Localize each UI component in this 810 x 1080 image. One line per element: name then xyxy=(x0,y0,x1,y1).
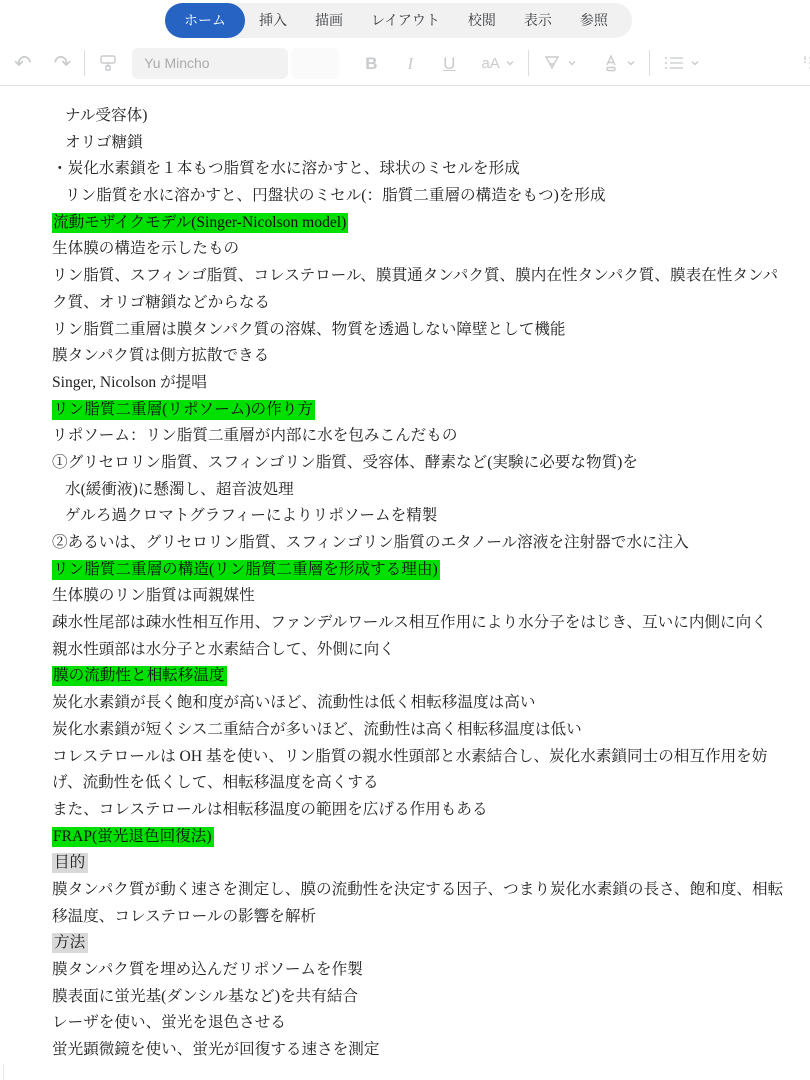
line-text: ・炭化水素鎖を１本もつ脂質を水に溶かすと、球状のミセルを形成 xyxy=(52,160,520,177)
toolbar-divider xyxy=(84,50,85,76)
tab-home[interactable]: ホーム xyxy=(165,3,245,38)
line-text: 疎水性尾部は疎水性相互作用、ファンデルワールス相互作用により水分子をはじき、互い… xyxy=(52,614,767,631)
line-text: オリゴ糖鎖 xyxy=(65,134,143,151)
highlighted-heading: 膜の流動性と相転移温度 xyxy=(52,666,227,686)
highlight-color-button[interactable] xyxy=(542,53,577,73)
document-line[interactable]: コレステロールは OH 基を使い、リン脂質の親水性頭部と水素結合し、炭化水素鎖同… xyxy=(52,744,796,771)
document-line[interactable]: Singer, Nicolson が提唱 xyxy=(52,370,796,397)
document-line[interactable]: 流動モザイクモデル(Singer-Nicolson model) xyxy=(52,210,796,237)
chevron-down-icon xyxy=(567,58,577,68)
document-line[interactable]: 膜タンパク質が動く速さを測定し、膜の流動性を決定する因子、つまり炭化水素鎖の長さ… xyxy=(52,877,796,904)
format-painter-icon xyxy=(98,53,118,73)
numbered-list-button[interactable] xyxy=(802,53,810,73)
font-size-field[interactable] xyxy=(291,48,339,79)
italic-button[interactable]: I xyxy=(408,55,414,72)
document-line[interactable]: リン脂質を水に溶かすと、円盤状のミセル(：脂質二重層の構造をもつ)を形成 xyxy=(52,183,796,210)
chevron-down-icon xyxy=(690,58,700,68)
line-text: ②あるいは、グリセロリン脂質、スフィンゴリン脂質のエタノール溶液を注射器で水に注… xyxy=(52,534,689,551)
tab-strip: ホーム挿入描画レイアウト校閲表示参照 xyxy=(165,3,632,38)
chevron-down-icon xyxy=(626,58,636,68)
highlighter-icon xyxy=(542,53,562,73)
document-line[interactable]: 移温度、コレステロールの影響を解析 xyxy=(52,904,796,931)
document-line[interactable]: 膜タンパク質を埋め込んだリポソームを作製 xyxy=(52,957,796,984)
document-line[interactable]: 方法 xyxy=(52,930,796,957)
document-line[interactable]: レーザを使い、蛍光を退色させる xyxy=(52,1010,796,1037)
text-size-button[interactable]: aA xyxy=(481,55,514,72)
line-text: 親水性頭部は水分子と水素結合して、外側に向く xyxy=(52,641,395,658)
line-text: ナル受容体) xyxy=(65,107,147,124)
document-line[interactable]: 生体膜の構造を示したもの xyxy=(52,236,796,263)
document-line[interactable]: オリゴ糖鎖 xyxy=(52,130,796,157)
line-text: ゲルろ過クロマトグラフィーによりリポソームを精製 xyxy=(65,507,437,524)
document-line[interactable]: リン脂質、スフィンゴ脂質、コレステロール、膜貫通タンパク質、膜内在性タンパク質、… xyxy=(52,263,796,290)
undo-button[interactable]: ↶ xyxy=(14,53,32,74)
line-text: Singer, Nicolson が提唱 xyxy=(52,374,207,391)
document-line[interactable]: リン脂質二重層(リポソーム)の作り方 xyxy=(52,397,796,424)
document-line[interactable]: 炭化水素鎖が短くシス二重結合が多いほど、流動性は高く相転移温度は低い xyxy=(52,717,796,744)
chevron-down-icon xyxy=(505,58,515,68)
line-text: 膜表面に蛍光基(ダンシル基など)を共有結合 xyxy=(52,988,358,1005)
line-text: リン脂質、スフィンゴ脂質、コレステロール、膜貫通タンパク質、膜内在性タンパク質、… xyxy=(52,267,778,284)
document-line[interactable]: FRAP(蛍光退色回復法) xyxy=(52,824,796,851)
tab-view[interactable]: 表示 xyxy=(510,3,566,38)
line-text: 水(緩衝液)に懸濁し、超音波処理 xyxy=(65,481,294,498)
font-color-button[interactable] xyxy=(601,53,636,73)
toolbar-divider xyxy=(528,50,529,76)
highlighted-heading: FRAP(蛍光退色回復法) xyxy=(52,827,214,847)
document-body[interactable]: ナル受容体)オリゴ糖鎖・炭化水素鎖を１本もつ脂質を水に溶かすと、球状のミセルを形… xyxy=(0,86,810,1064)
gray-highlighted-label: 方法 xyxy=(52,933,88,953)
document-line[interactable]: ・炭化水素鎖を１本もつ脂質を水に溶かすと、球状のミセルを形成 xyxy=(52,156,796,183)
document-line[interactable]: 生体膜のリン脂質は両親媒性 xyxy=(52,583,796,610)
line-text: 炭化水素鎖が短くシス二重結合が多いほど、流動性は高く相転移温度は低い xyxy=(52,721,582,738)
line-text: また、コレステロールは相転移温度の範囲を広げる作用もある xyxy=(52,801,488,818)
undo-icon: ↶ xyxy=(14,53,32,74)
document-line[interactable]: ク質、オリゴ糖鎖などからなる xyxy=(52,290,796,317)
document-line[interactable]: ナル受容体) xyxy=(52,103,796,130)
line-text: 膜タンパク質が動く速さを測定し、膜の流動性を決定する因子、つまり炭化水素鎖の長さ… xyxy=(52,881,783,898)
document-line[interactable]: 疎水性尾部は疎水性相互作用、ファンデルワールス相互作用により水分子をはじき、互い… xyxy=(52,610,796,637)
underline-button[interactable]: U xyxy=(443,55,455,72)
format-painter-button[interactable] xyxy=(98,53,118,73)
document-line[interactable]: リポソーム：リン脂質二重層が内部に水を包みこんだもの xyxy=(52,423,796,450)
line-text: リポソーム：リン脂質二重層が内部に水を包みこんだもの xyxy=(52,427,457,444)
line-text: リン脂質二重層は膜タンパク質の溶媒、物質を透過しない障壁として機能 xyxy=(52,321,566,338)
document-line[interactable]: 膜タンパク質は側方拡散できる xyxy=(52,343,796,370)
document-line[interactable]: 炭化水素鎖が長く飽和度が高いほど、流動性は低く相転移温度は高い xyxy=(52,690,796,717)
highlighted-heading: リン脂質二重層(リポソーム)の作り方 xyxy=(52,400,315,420)
document-line[interactable]: 蛍光顕微鏡を使い、蛍光が回復する速さを測定 xyxy=(52,1037,796,1064)
bullet-list-icon xyxy=(663,53,685,73)
line-text: げ、流動性を低くして、相転移温度を高くする xyxy=(52,774,379,791)
document-line[interactable]: げ、流動性を低くして、相転移温度を高くする xyxy=(52,770,796,797)
line-text: ①グリセロリン脂質、スフィンゴリン脂質、受容体、酵素など(実験に必要な物質)を xyxy=(52,454,638,471)
line-text: 膜タンパク質は側方拡散できる xyxy=(52,347,269,364)
line-text: レーザを使い、蛍光を退色させる xyxy=(52,1014,286,1031)
font-color-icon xyxy=(601,53,621,73)
document-line[interactable]: 膜の流動性と相転移温度 xyxy=(52,663,796,690)
tab-draw[interactable]: 描画 xyxy=(301,3,357,38)
redo-icon: ↷ xyxy=(54,53,72,74)
redo-button[interactable]: ↷ xyxy=(54,53,72,74)
document-line[interactable]: 親水性頭部は水分子と水素結合して、外側に向く xyxy=(52,637,796,664)
bold-button[interactable]: B xyxy=(365,55,377,72)
highlighted-heading: 流動モザイクモデル(Singer-Nicolson model) xyxy=(52,213,348,233)
gray-highlighted-label: 目的 xyxy=(52,853,88,873)
tab-layout[interactable]: レイアウト xyxy=(357,3,454,38)
line-text: リン脂質を水に溶かすと、円盤状のミセル(：脂質二重層の構造をもつ)を形成 xyxy=(65,187,606,204)
line-text: 膜タンパク質を埋め込んだリポソームを作製 xyxy=(52,961,363,978)
line-text: 炭化水素鎖が長く飽和度が高いほど、流動性は低く相転移温度は高い xyxy=(52,694,535,711)
document-line[interactable]: ②あるいは、グリセロリン脂質、スフィンゴリン脂質のエタノール溶液を注射器で水に注… xyxy=(52,530,796,557)
highlighted-heading: リン脂質二重層の構造(リン脂質二重層を形成する理由) xyxy=(52,560,440,580)
bullet-list-button[interactable] xyxy=(663,53,700,73)
tab-references[interactable]: 参照 xyxy=(566,3,622,38)
tab-review[interactable]: 校閲 xyxy=(454,3,510,38)
document-line[interactable]: ①グリセロリン脂質、スフィンゴリン脂質、受容体、酵素など(実験に必要な物質)を xyxy=(52,450,796,477)
line-text: 蛍光顕微鏡を使い、蛍光が回復する速さを測定 xyxy=(52,1041,379,1058)
document-line[interactable]: ゲルろ過クロマトグラフィーによりリポソームを精製 xyxy=(52,503,796,530)
document-line[interactable]: 水(緩衝液)に懸濁し、超音波処理 xyxy=(52,477,796,504)
font-name-field[interactable]: Yu Mincho xyxy=(132,48,288,79)
line-text: 生体膜のリン脂質は両親媒性 xyxy=(52,587,255,604)
line-text: コレステロールは OH 基を使い、リン脂質の親水性頭部と水素結合し、炭化水素鎖同… xyxy=(52,748,767,765)
numbered-list-icon xyxy=(802,53,810,73)
document-line[interactable]: 膜表面に蛍光基(ダンシル基など)を共有結合 xyxy=(52,984,796,1011)
tab-insert[interactable]: 挿入 xyxy=(245,3,301,38)
toolbar-divider xyxy=(649,50,650,76)
document-line[interactable]: リン脂質二重層の構造(リン脂質二重層を形成する理由) xyxy=(52,557,796,584)
line-text: ク質、オリゴ糖鎖などからなる xyxy=(52,294,270,311)
document-line[interactable]: リン脂質二重層は膜タンパク質の溶媒、物質を透過しない障壁として機能 xyxy=(52,317,796,344)
document-line[interactable]: また、コレステロールは相転移温度の範囲を広げる作用もある xyxy=(52,797,796,824)
ribbon-tab-bar: ホーム挿入描画レイアウト校閲表示参照 xyxy=(0,0,810,41)
text-size-label: aA xyxy=(481,55,499,72)
line-text: 生体膜の構造を示したもの xyxy=(52,240,239,257)
line-text: 移温度、コレステロールの影響を解析 xyxy=(52,908,316,925)
document-line[interactable]: 目的 xyxy=(52,850,796,877)
formatting-toolbar: ↶ ↷ Yu Mincho B I U aA xyxy=(0,41,810,86)
